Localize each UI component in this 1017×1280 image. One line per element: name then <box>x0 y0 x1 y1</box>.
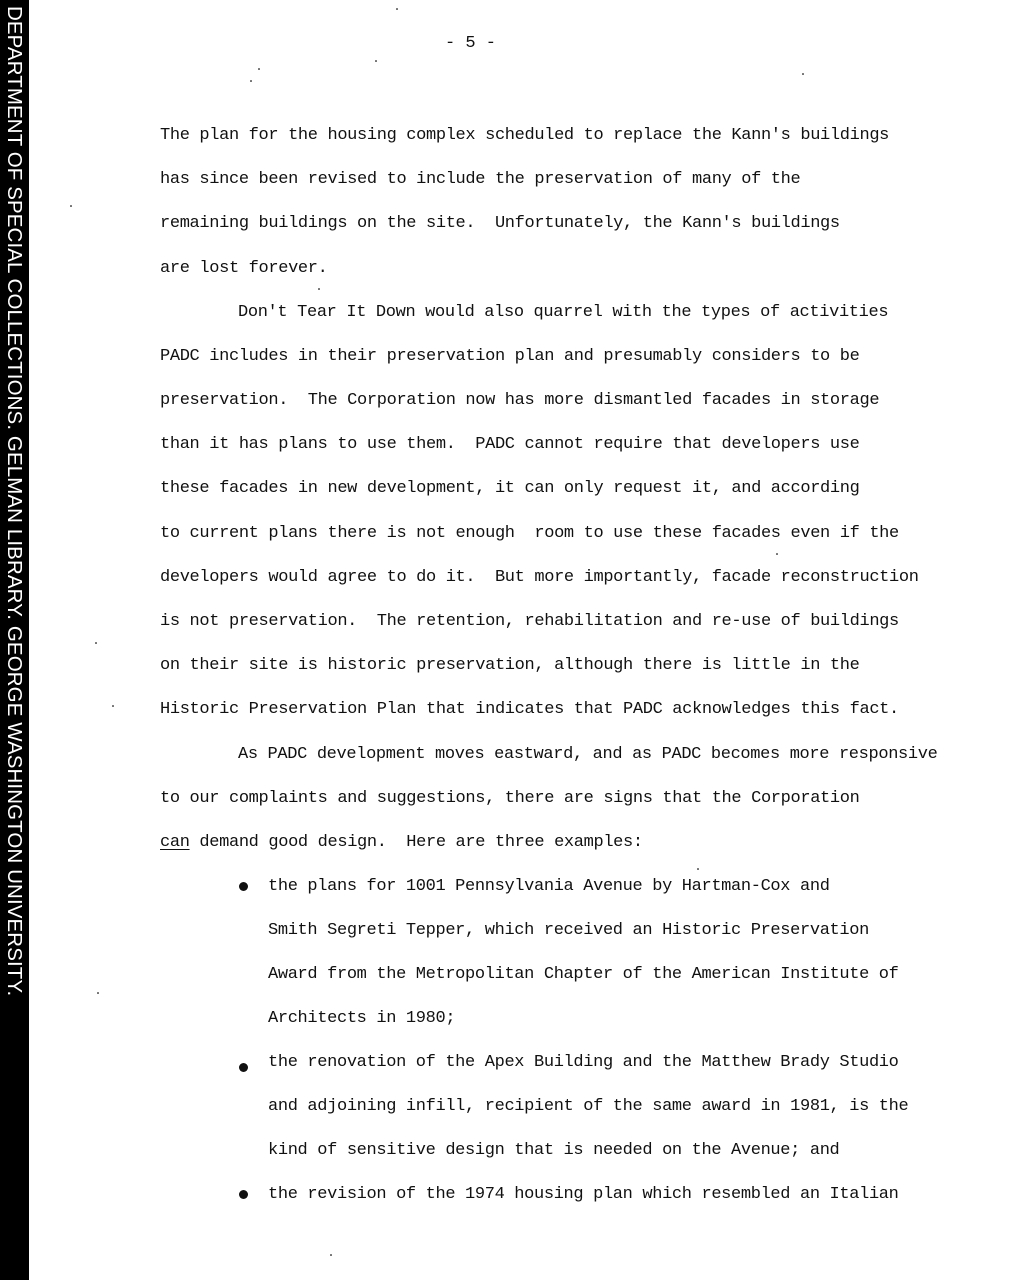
scan-speck <box>776 553 778 555</box>
scan-speck <box>258 68 260 70</box>
text-line: to current plans there is not enough roo… <box>160 523 899 545</box>
text-line: than it has plans to use them. PADC cann… <box>160 434 859 456</box>
scan-speck <box>97 992 99 994</box>
text-line: and adjoining infill, recipient of the s… <box>268 1096 908 1118</box>
bullet-icon <box>239 1063 248 1072</box>
text-line: the plans for 1001 Pennsylvania Avenue b… <box>268 876 830 898</box>
scan-speck <box>375 60 377 62</box>
text-line: Architects in 1980; <box>268 1008 455 1030</box>
scan-speck <box>697 868 699 870</box>
text-line: is not preservation. The retention, reha… <box>160 611 899 633</box>
page-number: - 5 - <box>445 34 496 53</box>
text-line: As PADC development moves eastward, and … <box>238 744 937 766</box>
text-line: PADC includes in their preservation plan… <box>160 346 859 368</box>
text-line: Smith Segreti Tepper, which received an … <box>268 920 869 942</box>
text-line: Historic Preservation Plan that indicate… <box>160 699 899 721</box>
text-line-rest: demand good design. Here are three examp… <box>190 833 643 852</box>
scan-speck <box>396 8 398 10</box>
text-line: the renovation of the Apex Building and … <box>268 1052 899 1074</box>
text-line: can demand good design. Here are three e… <box>160 832 643 854</box>
scan-speck <box>318 288 320 290</box>
archive-credit-text: DEPARTMENT OF SPECIAL COLLECTIONS. GELMA… <box>0 0 29 1086</box>
text-line: the revision of the 1974 housing plan wh… <box>268 1184 899 1206</box>
scan-speck <box>330 1254 332 1256</box>
scan-speck <box>95 642 97 644</box>
text-line: kind of sensitive design that is needed … <box>268 1140 839 1162</box>
scan-speck <box>70 205 72 207</box>
text-line: preservation. The Corporation now has mo… <box>160 390 879 412</box>
text-line: Don't Tear It Down would also quarrel wi… <box>238 302 888 324</box>
scan-speck <box>112 705 114 707</box>
underlined-emphasis: can <box>160 833 190 852</box>
scan-speck <box>250 80 252 82</box>
text-line: The plan for the housing complex schedul… <box>160 125 889 147</box>
text-line: Award from the Metropolitan Chapter of t… <box>268 964 899 986</box>
text-line: on their site is historic preservation, … <box>160 655 859 677</box>
text-line: are lost forever. <box>160 258 327 280</box>
text-line: these facades in new development, it can… <box>160 478 859 500</box>
bullet-icon <box>239 1190 248 1199</box>
text-line: has since been revised to include the pr… <box>160 169 800 191</box>
text-line: remaining buildings on the site. Unfortu… <box>160 213 840 235</box>
text-line: developers would agree to do it. But mor… <box>160 567 919 589</box>
scan-speck <box>802 73 804 75</box>
text-line: to our complaints and suggestions, there… <box>160 788 859 810</box>
bullet-icon <box>239 882 248 891</box>
